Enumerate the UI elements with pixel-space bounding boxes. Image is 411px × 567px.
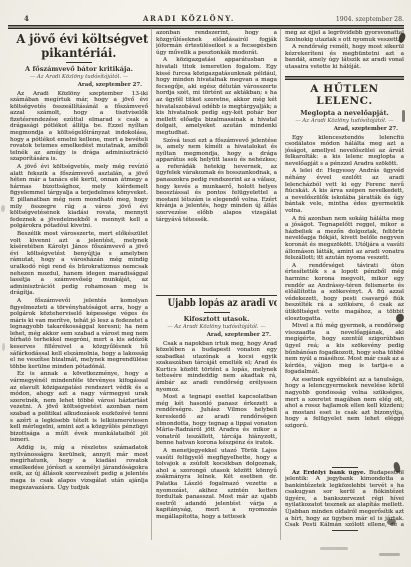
ink-smudge [320, 547, 348, 550]
body-paragraph: azonban rendszerint, hogy a közgyűlésekn… [156, 30, 277, 56]
body-paragraph: Egy kilencesztendős lelencfiú csodálatos… [285, 135, 404, 168]
byline: — Az Aradi Közlöny tudósítójától. — [10, 74, 148, 81]
header-rule [8, 25, 404, 29]
article-headline-theft: Ujabb lopás az aradi vonaton. [156, 298, 277, 310]
ink-smudge [1, 205, 5, 212]
body-paragraph: A fiú azonban nem sokáig hálálta meg a j… [285, 216, 404, 262]
article-headline-foundling: A HŰTLEN LELENC. [285, 83, 404, 107]
section-rule [66, 62, 92, 63]
ink-smudge [398, 32, 406, 43]
section-rule [156, 295, 277, 296]
column-1: A jövő évi költségvetés pikantériái. A f… [10, 30, 148, 540]
dateline: Arad, szeptember 27. [10, 82, 148, 89]
body-paragraph: Beszélik most városszerte, mert előkészü… [10, 231, 148, 297]
body-paragraph: A menetjegyekkel utazó Török Lajos vasút… [156, 448, 277, 521]
article-subhead: A főszámvevő bátor kritikája. [10, 65, 148, 73]
article-headline-budget: A jövő évi költségvetés [10, 32, 148, 46]
newspaper-page: 4 ARADI KÖZLÖNY. 1904. szeptember 28. A … [0, 0, 411, 567]
body-paragraph: A rendőrség reméli, hogy most sikerül ké… [285, 44, 404, 70]
column-divider [280, 27, 281, 540]
section-rule [332, 467, 358, 468]
issue-date: 1904. szeptember 28. [294, 16, 404, 23]
body-paragraph: A lelei dr. Hegyessy András ügyvéd néhán… [285, 168, 404, 214]
body-paragraph: Most a tegnapi esettel kapcsolatban még … [156, 394, 277, 447]
body-paragraph: Az esetnek egyébként az a tanulsága, hog… [285, 377, 404, 430]
body-paragraph: Csak a napokban írtuk meg, hogy Arad köz… [156, 341, 277, 394]
section-rule [204, 312, 230, 313]
body-paragraph: még az éjjel a legrövidebb gyorsvonattal… [285, 30, 404, 43]
article-body: Csak a napokban írtuk meg, hogy Arad köz… [156, 341, 277, 522]
body-paragraph: Mivel a fiú még gyermek, a rendőrség vis… [285, 323, 404, 376]
article-subhead: Meglopta a nevelőapját. [285, 109, 404, 117]
body-paragraph: A jövő évi költségvetés, mely még revízi… [10, 164, 148, 230]
news-item-text: Budapestről jelentik: A jegybank kimondo… [285, 470, 404, 528]
body-paragraph: Ez is annak a következménye, hogy a várm… [10, 371, 148, 444]
body-paragraph: A közigazgatási apparátusban a hivatali … [156, 57, 277, 136]
column-3: még az éjjel a legrövidebb gyorsvonattal… [285, 30, 404, 540]
article-subhead: Kifosztott utasok. [156, 315, 277, 323]
news-item-label: Az Erdélyi bank ügye. [292, 470, 366, 476]
section-rule [332, 530, 358, 531]
body-paragraph: Addig is, míg a részletes számadatok nyi… [10, 445, 148, 491]
ink-smudge [402, 110, 405, 122]
dateline: Arad, szeptember 27. [156, 332, 277, 339]
body-paragraph: Szóvá teszi ezt a főszámvevő jelentése i… [156, 138, 277, 224]
article-continuation: még az éjjel a legrövidebb gyorsvonattal… [285, 30, 404, 74]
ink-smudge [2, 343, 5, 351]
page-number: 4 [8, 14, 84, 23]
page-header: 4 ARADI KÖZLÖNY. 1904. szeptember 28. [8, 12, 404, 23]
masthead-title: ARADI KÖZLÖNY. [84, 14, 294, 23]
article-body: Az Aradi Közlöny szeptember 13-iki számá… [10, 91, 148, 493]
byline: — Az Aradi Közlöny tudósítójától. — [285, 118, 404, 125]
article-headline-budget-line2: pikantériái. [10, 46, 148, 60]
column-divider [151, 27, 152, 540]
body-paragraph: A rendőrséget távirati úton értesítették… [285, 263, 404, 322]
body-paragraph: Az Aradi Közlöny szeptember 13-iki számá… [10, 91, 148, 164]
news-item: Az Erdélyi bank ügye. Budapestről jelent… [285, 470, 404, 528]
byline: — Az Aradi Közlöny tudósítójától. — [156, 324, 277, 331]
ink-smudge [379, 553, 400, 556]
section-rule [285, 76, 404, 80]
article-continuation: azonban rendszerint, hogy a közgyűlésekn… [156, 30, 277, 293]
body-paragraph: A főszámvevői jelentés komolyan figyelme… [10, 298, 148, 371]
article-body: Egy kilencesztendős lelencfiú csodálatos… [285, 135, 404, 465]
dateline: Arad, szeptember 27. [285, 126, 404, 133]
column-2: azonban rendszerint, hogy a közgyűlésekn… [156, 30, 277, 540]
